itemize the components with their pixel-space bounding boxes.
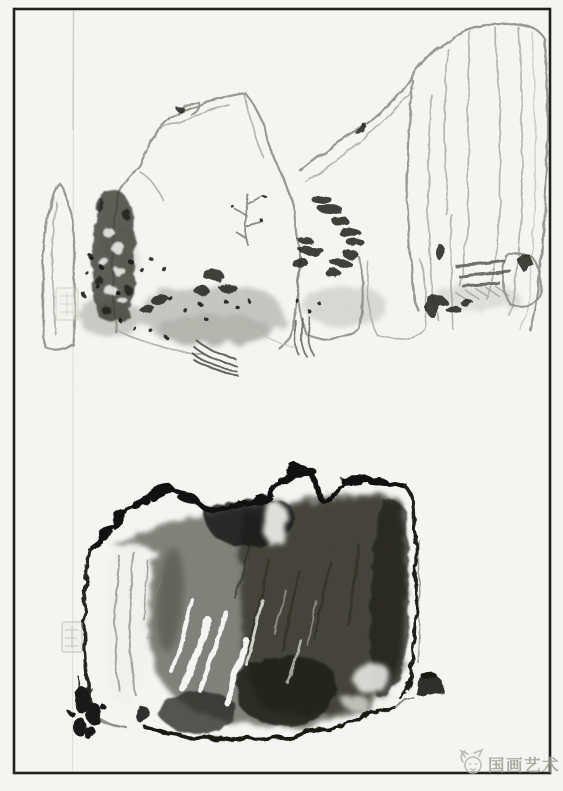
scanned-artwork-page: 国画艺术: [0, 0, 563, 791]
artwork-canvas: 国画艺术: [0, 0, 563, 791]
paper-grain-overlay: [0, 0, 563, 791]
watermark-text: 国画艺术: [488, 755, 560, 775]
